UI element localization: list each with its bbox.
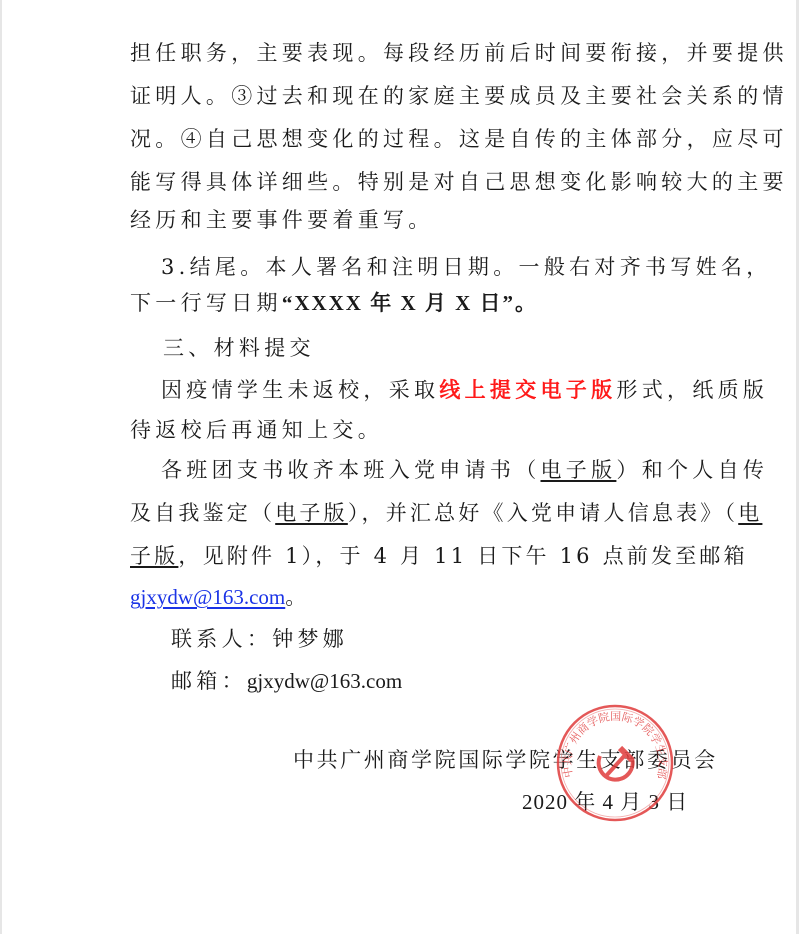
instruction-paragraph-line: 各班团支书收齐本班入党申请书（电子版）和个人自传 <box>161 457 768 483</box>
paragraph-line: 能写得具体详细些。特别是对自己思想变化影响较大的主要 <box>130 169 788 195</box>
paragraph-line: 况。④自己思想变化的过程。这是自传的主体部分，应尽可 <box>130 126 788 152</box>
contact-person: 联系人：钟梦娜 <box>171 626 348 652</box>
text-span: 及自我鉴定（ <box>130 501 275 525</box>
text-span: 因疫情学生未返校，采取 <box>161 378 439 402</box>
text-span: ），并汇总好《入党申请人信息表》（ <box>348 501 738 525</box>
email-label: 邮箱： <box>171 669 247 693</box>
email-value: gjxydw@163.com <box>247 669 402 693</box>
text-span: ）和个人自传 <box>616 458 768 482</box>
paragraph-line: 证明人。③过去和现在的家庭主要成员及主要社会关系的情 <box>130 83 788 109</box>
underlined-text: 电子版 <box>541 458 617 482</box>
text-span: 。 <box>285 585 310 609</box>
contact-name: 钟梦娜 <box>272 627 348 651</box>
hammer-sickle-icon <box>599 748 633 780</box>
paragraph-line: 担任职务，主要表现。每段经历前后时间要衔接，并要提供 <box>130 40 788 66</box>
submission-paragraph-line: 待返校后再通知上交。 <box>130 417 383 443</box>
paragraph-line: 经历和主要事件要着重写。 <box>130 207 434 233</box>
official-seal-stamp: 中共广州商学院国际学院学生支部委员会 <box>554 702 676 824</box>
highlight-online-submission: 线上提交电子版 <box>439 377 616 402</box>
email-link[interactable]: gjxydw@163.com <box>130 585 285 609</box>
instruction-paragraph-line: 及自我鉴定（电子版），并汇总好《入党申请人信息表》（电 <box>130 500 762 526</box>
submission-paragraph-line: 因疫情学生未返校，采取线上提交电子版形式，纸质版 <box>161 377 768 403</box>
contact-email: 邮箱：gjxydw@163.com <box>171 668 402 694</box>
date-instruction-text: 下一行写日期 <box>130 291 282 315</box>
closing-paragraph-line: 3.结尾。本人署名和注明日期。一般右对齐书写姓名， <box>161 254 772 280</box>
underlined-text: 电 <box>738 501 762 525</box>
date-format-example: “XXXX 年 X 月 X 日”。 <box>282 291 538 315</box>
instruction-paragraph-line: gjxydw@163.com。 <box>130 584 311 610</box>
document-page: 担任职务，主要表现。每段经历前后时间要衔接，并要提供 证明人。③过去和现在的家庭… <box>2 0 796 934</box>
contact-label: 联系人： <box>171 627 272 651</box>
underlined-text: 电子版 <box>275 501 348 525</box>
closing-paragraph-line: 下一行写日期“XXXX 年 X 月 X 日”。 <box>130 290 538 316</box>
underlined-text: 子版 <box>130 544 178 568</box>
text-span: 形式，纸质版 <box>616 378 768 402</box>
text-span: 各班团支书收齐本班入党申请书（ <box>161 458 541 482</box>
instruction-paragraph-line: 子版，见附件 1），于 4 月 11 日下午 16 点前发至邮箱 <box>130 543 748 569</box>
section-heading: 三、材料提交 <box>163 335 315 361</box>
text-span: ，见附件 1），于 4 月 11 日下午 16 点前发至邮箱 <box>178 544 747 568</box>
